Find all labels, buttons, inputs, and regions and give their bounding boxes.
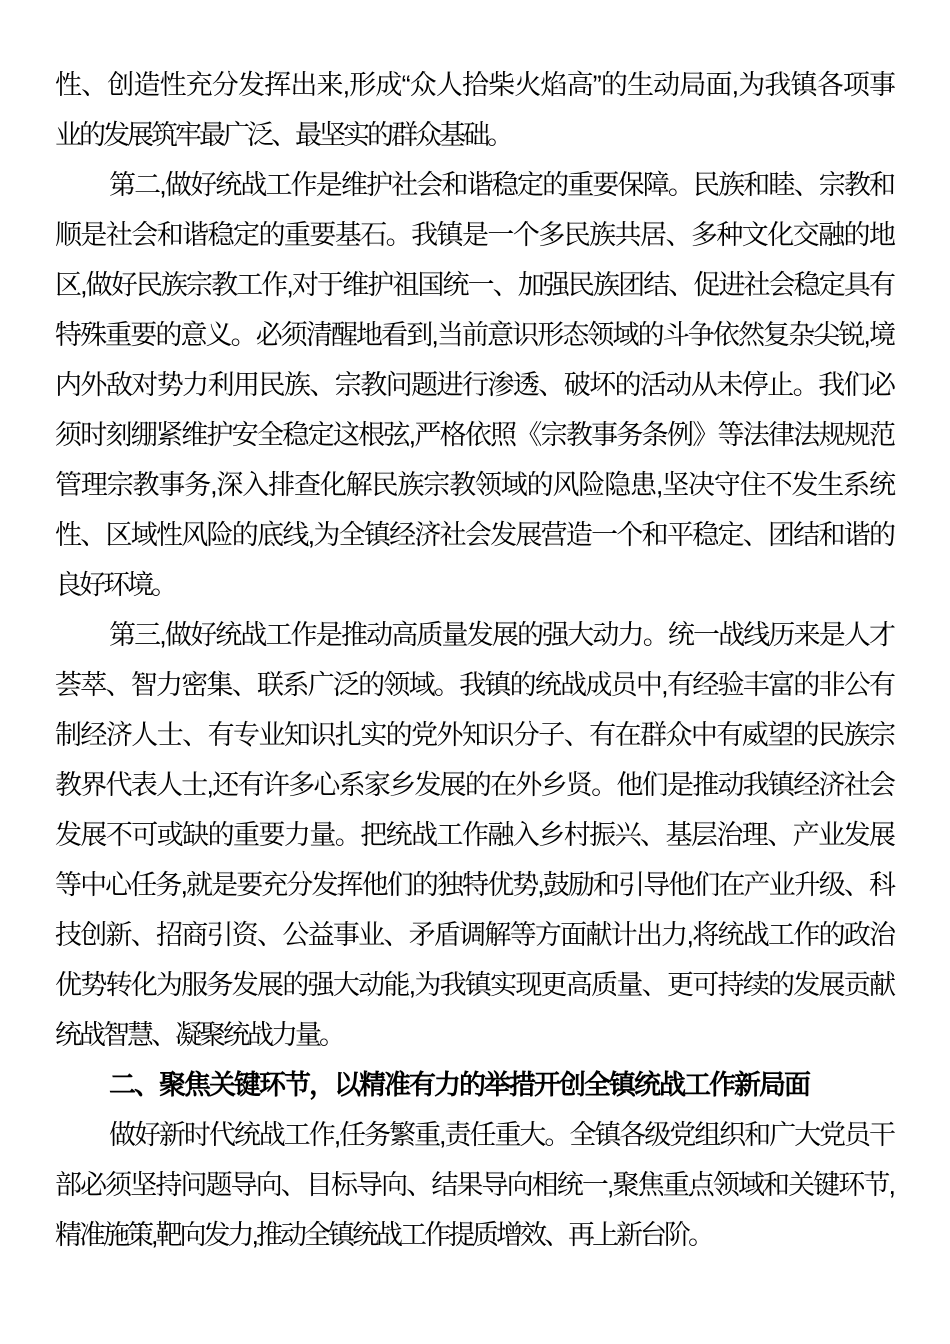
paragraph-start: 做好新时代统战工作,任务繁重,责任重大。全镇各级党组织和广大党员干 [55,1110,893,1160]
text-line: 发展不可或缺的重要力量。把统战工作融入乡村振兴、基层治理、产业发展 [55,810,893,860]
document-body: 性、创造性充分发挥出来,形成“众人拾柴火焰高”的生动局面,为我镇各项事 业的发展… [55,60,893,1260]
text-line: 区,做好民族宗教工作,对于维护祖国统一、加强民族团结、促进社会稳定具有 [55,260,893,310]
text-line: 管理宗教事务,深入排查化解民族宗教领域的风险隐患,坚决守住不发生系统 [55,460,893,510]
paragraph-start: 第二,做好统战工作是维护社会和谐稳定的重要保障。民族和睦、宗教和 [55,160,893,210]
text-line: 内外敌对势力利用民族、宗教问题进行渗透、破坏的活动从未停止。我们必 [55,360,893,410]
text-line: 性、创造性充分发挥出来,形成“众人拾柴火焰高”的生动局面,为我镇各项事 [55,60,893,110]
document-page: 性、创造性充分发挥出来,形成“众人拾柴火焰高”的生动局面,为我镇各项事 业的发展… [0,0,950,1344]
text-line: 技创新、招商引资、公益事业、矛盾调解等方面献计出力,将统战工作的政治 [55,910,893,960]
text-line: 精准施策,靶向发力,推动全镇统战工作提质增效、再上新台阶。 [55,1210,893,1260]
text-line: 顺是社会和谐稳定的重要基石。我镇是一个多民族共居、多种文化交融的地 [55,210,893,260]
text-line: 特殊重要的意义。必须清醒地看到,当前意识形态领域的斗争依然复杂尖锐,境 [55,310,893,360]
text-line: 优势转化为服务发展的强大动能,为我镇实现更高质量、更可持续的发展贡献 [55,960,893,1010]
text-line: 须时刻绷紧维护安全稳定这根弦,严格依照《宗教事务条例》等法律法规规范 [55,410,893,460]
text-line: 良好环境。 [55,560,893,610]
text-line: 业的发展筑牢最广泛、最坚实的群众基础。 [55,110,893,160]
text-line: 统战智慧、凝聚统战力量。 [55,1010,893,1060]
text-line: 教界代表人士,还有许多心系家乡发展的在外乡贤。他们是推动我镇经济社会 [55,760,893,810]
paragraph-start: 第三,做好统战工作是推动高质量发展的强大动力。统一战线历来是人才 [55,610,893,660]
section-heading: 二、聚焦关键环节，以精准有力的举措开创全镇统战工作新局面 [55,1060,893,1110]
text-line: 荟萃、智力密集、联系广泛的领域。我镇的统战成员中,有经验丰富的非公有 [55,660,893,710]
text-line: 性、区域性风险的底线,为全镇经济社会发展营造一个和平稳定、团结和谐的 [55,510,893,560]
text-line: 制经济人士、有专业知识扎实的党外知识分子、有在群众中有威望的民族宗 [55,710,893,760]
text-line: 等中心任务,就是要充分发挥他们的独特优势,鼓励和引导他们在产业升级、科 [55,860,893,910]
text-line: 部必须坚持问题导向、目标导向、结果导向相统一,聚焦重点领域和关键环节, [55,1160,893,1210]
